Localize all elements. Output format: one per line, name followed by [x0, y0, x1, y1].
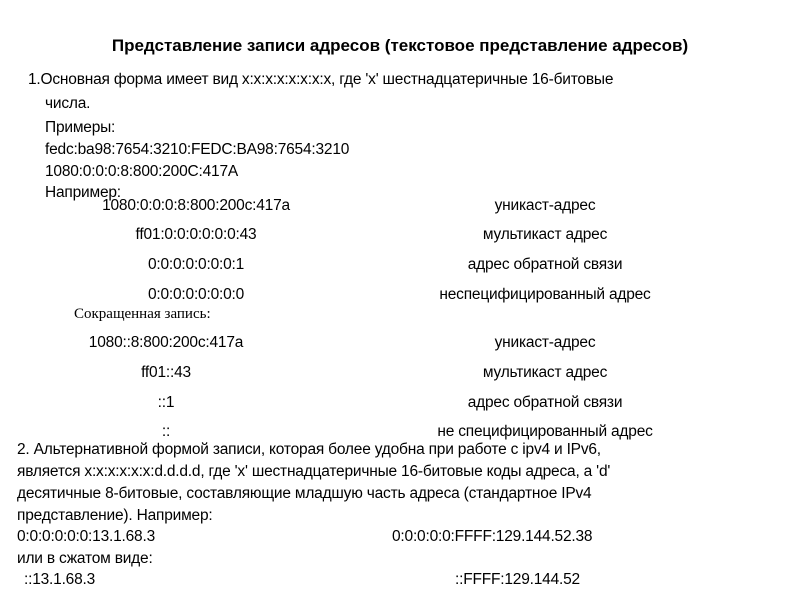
full-address: 0:0:0:0:0:0:0:0 — [148, 286, 244, 304]
ipv4-mixed-compressed: ::13.1.68.3 — [24, 571, 95, 589]
full-address-type: неспецифицированный адрес — [439, 286, 650, 304]
short-address: :: — [162, 423, 170, 441]
full-address-type: уникаст-адрес — [495, 197, 596, 215]
full-address: 0:0:0:0:0:0:0:1 — [148, 256, 244, 274]
short-address: ff01::43 — [141, 364, 191, 382]
short-address: 1080::8:800:200c:417a — [89, 334, 243, 352]
section2-line1: 2. Альтернативной формой записи, которая… — [17, 441, 601, 459]
full-address-type: адрес обратной связи — [468, 256, 623, 274]
full-address-type: мультикаст адрес — [483, 226, 607, 244]
short-address-type: мультикаст адрес — [483, 364, 607, 382]
section2-line3: десятичные 8-битовые, составляющие младш… — [17, 485, 591, 503]
section2-line2: является x:x:x:x:x:x:d.d.d.d, где 'x' ше… — [17, 463, 610, 481]
short-address-type: адрес обратной связи — [468, 394, 623, 412]
compressed-label: или в сжатом виде: — [17, 550, 153, 568]
short-form-label: Сокращенная запись: — [74, 306, 211, 323]
full-address: 1080:0:0:0:8:800:200c:417a — [102, 197, 290, 215]
ipv4-mixed-example: 0:0:0:0:0:0:13.1.68.3 — [17, 528, 155, 546]
example-address-2: 1080:0:0:0:8:800:200C:417A — [45, 163, 238, 181]
example-full-address: fedc:ba98:7654:3210:FEDC:BA98:7654:3210 — [45, 141, 349, 159]
short-address: ::1 — [158, 394, 175, 412]
page-title: Представление записи адресов (текстовое … — [0, 36, 800, 56]
examples-label: Примеры: — [45, 119, 115, 137]
full-address: ff01:0:0:0:0:0:0:43 — [136, 226, 257, 244]
short-address-type: уникаст-адрес — [495, 334, 596, 352]
section1-line1: 1.Основная форма имеет вид x:x:x:x:x:x:x… — [28, 71, 613, 89]
section2-line4: представление). Например: — [17, 507, 212, 525]
short-address-type: не специфицированный адрес — [437, 423, 652, 441]
section1-line2: числа. — [45, 95, 90, 113]
ipv4-mapped-compressed: ::FFFF:129.144.52 — [455, 571, 580, 589]
ipv4-mapped-example: 0:0:0:0:0:FFFF:129.144.52.38 — [392, 528, 592, 546]
